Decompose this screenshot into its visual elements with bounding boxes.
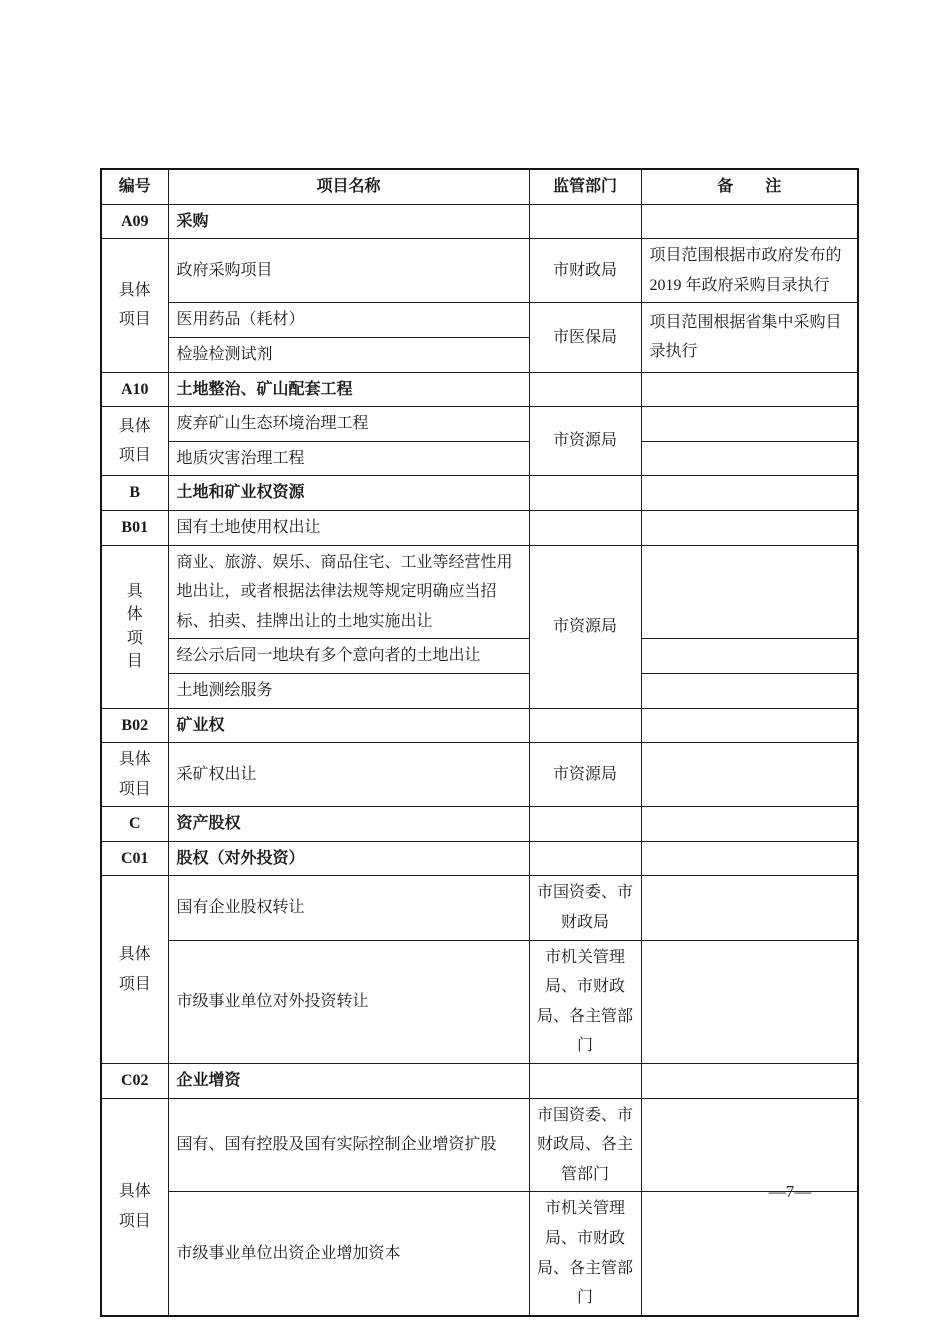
- item-row: 具体项目 国有、国有控股及国有实际控制企业增资扩股 市国资委、市财政局、各主管部…: [101, 1098, 858, 1192]
- group-label-text: 具体项目: [126, 580, 144, 673]
- item-row: 具体项目 采矿权出让 市资源局: [101, 743, 858, 807]
- note-cell-empty: [641, 673, 858, 708]
- note-cell-empty: [641, 841, 858, 876]
- note-cell-empty: [641, 1192, 858, 1316]
- group-label-b01: 具体项目: [101, 545, 168, 708]
- dept-cell-empty: [529, 372, 641, 407]
- dept-cell: 市机关管理局、市财政局、各主管部门: [529, 1192, 641, 1316]
- dept-cell: 市国资委、市财政局、各主管部门: [529, 1098, 641, 1192]
- code-cell-c02: C02: [101, 1064, 168, 1099]
- note-cell-empty: [641, 639, 858, 674]
- dept-cell-empty: [529, 476, 641, 511]
- section-row-c02: C02 企业增资: [101, 1064, 858, 1099]
- group-label-c02: 具体项目: [101, 1098, 168, 1316]
- dept-cell: 市国资委、市财政局: [529, 876, 641, 940]
- section-title-a09: 采购: [168, 204, 529, 239]
- note-cell-empty: [641, 407, 858, 442]
- note-cell: 项目范围根据市政府发布的 2019 年政府采购目录执行: [641, 239, 858, 303]
- note-cell-empty: [641, 372, 858, 407]
- dept-cell: 市资源局: [529, 407, 641, 476]
- note-cell-empty: [641, 807, 858, 842]
- project-name-cell: 采矿权出让: [168, 743, 529, 807]
- section-title-c: 资产股权: [168, 807, 529, 842]
- item-row: 市级事业单位对外投资转让 市机关管理局、市财政局、各主管部门: [101, 940, 858, 1063]
- dept-cell-empty: [529, 204, 641, 239]
- note-cell-empty: [641, 1064, 858, 1099]
- approval-items-table: 编号 项目名称 监管部门 备 注 A09 采购 具体项目 政府采购项目 市财政局…: [100, 168, 859, 1317]
- section-row-a10: A10 土地整治、矿山配套工程: [101, 372, 858, 407]
- dept-cell: 市资源局: [529, 545, 641, 708]
- note-cell-empty: [641, 545, 858, 639]
- section-title-b: 土地和矿业权资源: [168, 476, 529, 511]
- group-label-a09: 具体项目: [101, 239, 168, 372]
- section-title-c02: 企业增资: [168, 1064, 529, 1099]
- note-cell-empty: [641, 708, 858, 743]
- project-name-cell: 国有企业股权转让: [168, 876, 529, 940]
- section-title-c01: 股权（对外投资）: [168, 841, 529, 876]
- dept-cell: 市机关管理局、市财政局、各主管部门: [529, 940, 641, 1063]
- dept-cell-empty: [529, 807, 641, 842]
- section-row-c: C 资产股权: [101, 807, 858, 842]
- code-cell-b02: B02: [101, 708, 168, 743]
- project-name-cell: 医用药品（耗材）: [168, 303, 529, 338]
- section-row-c01: C01 股权（对外投资）: [101, 841, 858, 876]
- dept-cell-empty: [529, 1064, 641, 1099]
- section-title-b02: 矿业权: [168, 708, 529, 743]
- project-name-cell: 地质灾害治理工程: [168, 441, 529, 476]
- project-name-cell: 土地测绘服务: [168, 673, 529, 708]
- group-label-text: 具体项目: [117, 745, 152, 804]
- section-title-b01: 国有土地使用权出让: [168, 510, 529, 545]
- dept-cell: 市资源局: [529, 743, 641, 807]
- project-name-cell: 国有、国有控股及国有实际控制企业增资扩股: [168, 1098, 529, 1192]
- header-cell-remarks: 备 注: [641, 169, 858, 204]
- dept-cell-empty: [529, 708, 641, 743]
- note-cell-empty: [641, 476, 858, 511]
- dept-cell-empty: [529, 841, 641, 876]
- code-cell-c: C: [101, 807, 168, 842]
- section-title-a10: 土地整治、矿山配套工程: [168, 372, 529, 407]
- group-label-b02: 具体项目: [101, 743, 168, 807]
- table-header-row: 编号 项目名称 监管部门 备 注: [101, 169, 858, 204]
- item-row: 具体项目 商业、旅游、娱乐、商品住宅、工业等经营性用地出让，或者根据法律法规等规…: [101, 545, 858, 639]
- dept-cell: 市医保局: [529, 303, 641, 372]
- code-cell-a10: A10: [101, 372, 168, 407]
- project-name-cell: 检验检测试剂: [168, 337, 529, 372]
- group-label-text: 具体项目: [117, 276, 152, 335]
- page-number: —7—: [740, 1182, 840, 1202]
- dept-cell-empty: [529, 510, 641, 545]
- item-row: 医用药品（耗材） 市医保局 项目范围根据省集中采购目录执行: [101, 303, 858, 338]
- project-name-cell: 商业、旅游、娱乐、商品住宅、工业等经营性用地出让，或者根据法律法规等规定明确应当…: [168, 545, 529, 639]
- dept-cell: 市财政局: [529, 239, 641, 303]
- group-label-text: 具体项目: [117, 940, 152, 999]
- code-cell-b01: B01: [101, 510, 168, 545]
- item-row: 具体项目 废弃矿山生态环境治理工程 市资源局: [101, 407, 858, 442]
- header-cell-project-name: 项目名称: [168, 169, 529, 204]
- item-row: 地质灾害治理工程: [101, 441, 858, 476]
- header-cell-number: 编号: [101, 169, 168, 204]
- project-name-cell: 经公示后同一地块有多个意向者的土地出让: [168, 639, 529, 674]
- project-name-cell: 市级事业单位对外投资转让: [168, 940, 529, 1063]
- section-row-b: B 土地和矿业权资源: [101, 476, 858, 511]
- project-name-cell: 政府采购项目: [168, 239, 529, 303]
- note-cell-empty: [641, 1098, 858, 1192]
- group-label-c01: 具体项目: [101, 876, 168, 1064]
- project-name-cell: 市级事业单位出资企业增加资本: [168, 1192, 529, 1316]
- section-row-a09: A09 采购: [101, 204, 858, 239]
- note-cell-empty: [641, 743, 858, 807]
- note-cell-empty: [641, 441, 858, 476]
- code-cell-a09: A09: [101, 204, 168, 239]
- group-label-text: 具体项目: [117, 412, 152, 471]
- item-row: 具体项目 国有企业股权转让 市国资委、市财政局: [101, 876, 858, 940]
- item-row: 市级事业单位出资企业增加资本 市机关管理局、市财政局、各主管部门: [101, 1192, 858, 1316]
- code-cell-b: B: [101, 476, 168, 511]
- code-cell-c01: C01: [101, 841, 168, 876]
- note-cell-empty: [641, 510, 858, 545]
- project-name-cell: 废弃矿山生态环境治理工程: [168, 407, 529, 442]
- note-cell: 项目范围根据省集中采购目录执行: [641, 303, 858, 372]
- note-cell-empty: [641, 204, 858, 239]
- header-cell-department: 监管部门: [529, 169, 641, 204]
- item-row: 土地测绘服务: [101, 673, 858, 708]
- section-row-b02: B02 矿业权: [101, 708, 858, 743]
- item-row: 具体项目 政府采购项目 市财政局 项目范围根据市政府发布的 2019 年政府采购…: [101, 239, 858, 303]
- group-label-text: 具体项目: [117, 1177, 152, 1236]
- note-cell-empty: [641, 876, 858, 940]
- item-row: 经公示后同一地块有多个意向者的土地出让: [101, 639, 858, 674]
- group-label-a10: 具体项目: [101, 407, 168, 476]
- section-row-b01: B01 国有土地使用权出让: [101, 510, 858, 545]
- note-cell-empty: [641, 940, 858, 1063]
